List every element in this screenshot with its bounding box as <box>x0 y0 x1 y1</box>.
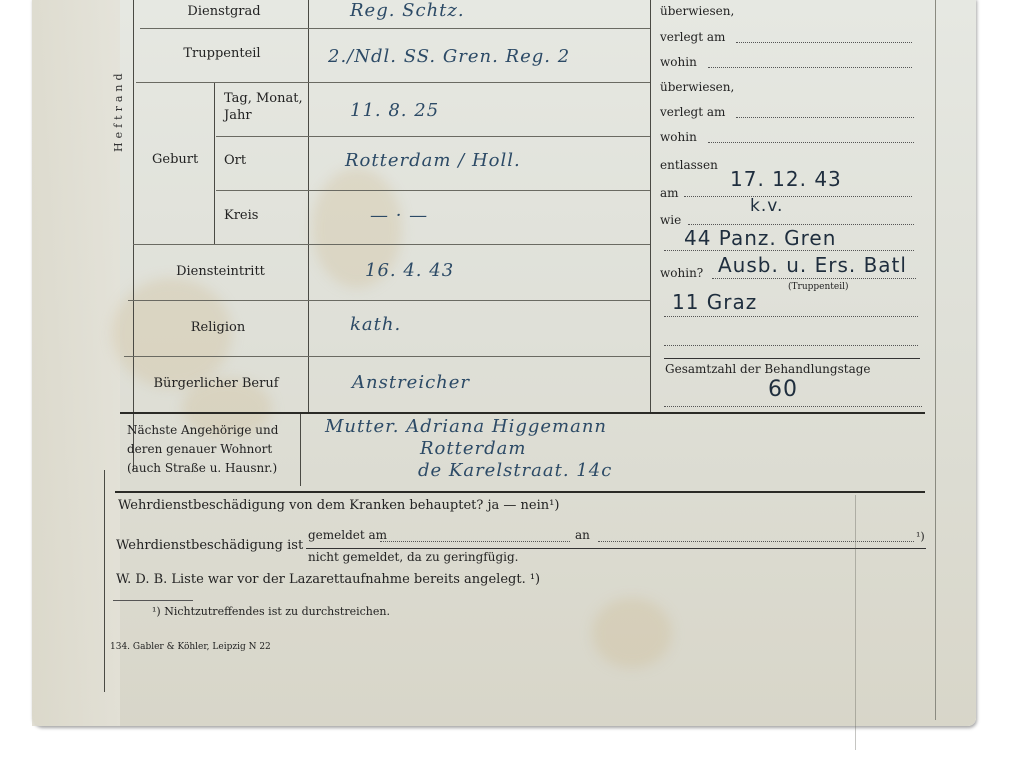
right-border <box>935 0 936 720</box>
footnote-text: ¹) Nichtzutreffendes ist zu durchstreich… <box>152 605 390 618</box>
behandlungstage-value: 60 <box>768 377 798 402</box>
wdb-behauptet: Wehrdienstbeschädigung von dem Kranken b… <box>118 498 559 513</box>
diensteintritt-label: Diensteintritt <box>133 264 308 279</box>
diensteintritt-value: 16. 4. 43 <box>365 260 454 281</box>
ueberwiesen-2: überwiesen, <box>660 80 734 94</box>
label-value-divider <box>308 0 309 412</box>
nicht-gemeldet: nicht gemeldet, da zu geringfügig. <box>308 550 518 564</box>
angehoerige-label-1: Nächste Angehörige und <box>127 423 278 437</box>
left-border <box>133 0 134 470</box>
angehoerige-label-3: (auch Straße u. Hausnr.) <box>127 461 277 475</box>
center-divider <box>650 0 651 412</box>
entlassen-label: entlassen <box>660 158 718 172</box>
wohin-1: wohin <box>660 55 697 69</box>
entlassen-am-value: 17. 12. 43 <box>730 167 842 191</box>
am-label: am <box>660 186 679 200</box>
angehoerige-value-1: Mutter. Adriana Higgemann <box>325 416 607 437</box>
angehoerige-value-2: Rotterdam <box>420 438 526 459</box>
wdb-ist-label: Wehrdienstbeschädigung ist <box>116 538 303 553</box>
angehoerige-divider <box>300 412 301 486</box>
wdb-liste: W. D. B. Liste war vor der Lazarettaufna… <box>116 572 540 587</box>
left-border-lower <box>104 470 105 692</box>
beruf-label: Bürgerlicher Beruf <box>124 376 308 391</box>
angehoerige-label-2: deren genauer Wohnort <box>127 442 272 456</box>
religion-value: kath. <box>350 314 401 335</box>
wohin-question-label: wohin? <box>660 266 703 280</box>
an-label: an <box>575 528 590 542</box>
verlegt-am-1: verlegt am <box>660 30 725 44</box>
angehoerige-value-3: de Karelstraat. 14c <box>418 460 612 481</box>
unit-line-1: 44 Panz. Gren <box>684 226 836 250</box>
geburt-kreis-label: Kreis <box>224 208 258 223</box>
dienstgrad-label: Dienstgrad <box>140 4 308 19</box>
fold-line <box>855 495 856 750</box>
geburt-datum-label: Tag, Monat, Jahr <box>224 90 308 124</box>
beruf-value: Anstreicher <box>352 372 470 393</box>
footnote-mark: ¹) <box>916 530 925 543</box>
geburt-kreis-value: — · — <box>370 205 428 226</box>
ueberwiesen-1: überwiesen, <box>660 4 734 18</box>
margin-label: Heftrand <box>112 69 125 152</box>
dienstgrad-value: Reg. Schtz. <box>350 0 465 21</box>
printer-imprint: 134. Gabler & Köhler, Leipzig N 22 <box>110 642 271 652</box>
gemeldet-am-label: gemeldet am <box>308 528 387 542</box>
truppenteil-caption: (Truppenteil) <box>788 282 848 292</box>
geburt-ort-value: Rotterdam / Holl. <box>345 150 521 171</box>
behandlungstage-label: Gesamtzahl der Behandlungstage <box>665 362 871 376</box>
unit-line-2: Ausb. u. Ers. Batl <box>718 253 907 277</box>
wie-value: k.v. <box>750 196 783 216</box>
geburt-subdivider <box>214 82 215 244</box>
wie-label: wie <box>660 213 681 227</box>
verlegt-am-2: verlegt am <box>660 105 725 119</box>
religion-label: Religion <box>128 320 308 335</box>
unit-line-3: 11 Graz <box>672 290 757 314</box>
truppenteil-value: 2./Ndl. SS. Gren. Reg. 2 <box>328 46 570 67</box>
wohin-2: wohin <box>660 130 697 144</box>
truppenteil-label: Truppenteil <box>136 46 308 61</box>
geburt-label: Geburt <box>152 152 198 167</box>
geburt-datum-value: 11. 8. 25 <box>350 100 439 121</box>
geburt-ort-label: Ort <box>224 153 246 168</box>
